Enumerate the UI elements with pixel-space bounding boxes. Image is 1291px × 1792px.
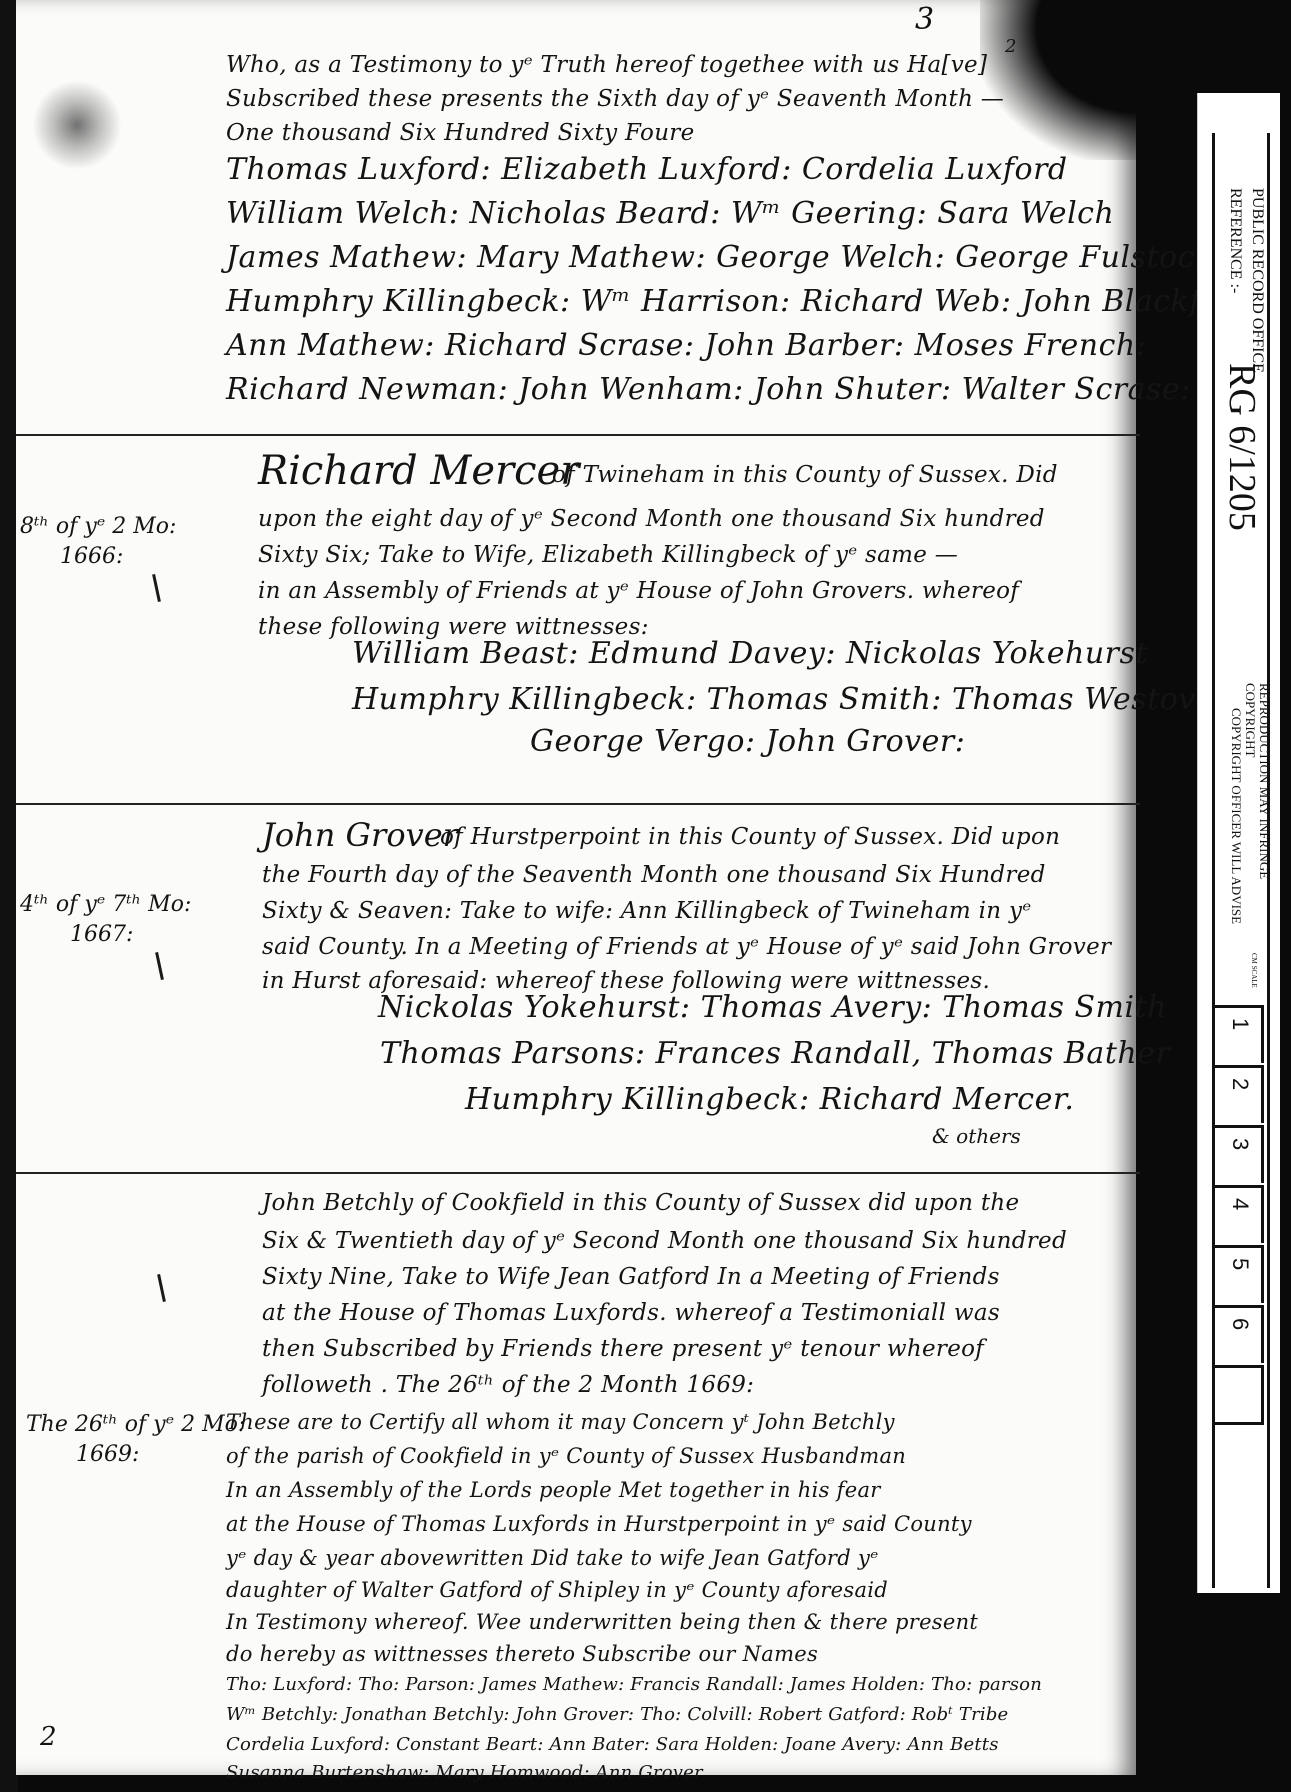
margin-date: 4ᵗʰ of yᵉ 7ᵗʰ Mo: 1667: xyxy=(20,890,191,950)
archive-label: PUBLIC RECORD OFFICE REFERENCE :- RG 6/1… xyxy=(1197,93,1280,1593)
page-number: 3 xyxy=(915,2,934,37)
certificate-line: These are to Certify all whom it may Con… xyxy=(226,1410,895,1434)
scale-number: 2 xyxy=(1227,1078,1253,1090)
witness-line: Nickolas Yokehurst: Thomas Avery: Thomas… xyxy=(378,990,1167,1025)
entry-4-line: Six & Twentieth day of yᵉ Second Month o… xyxy=(262,1228,1067,1254)
entry-3-line: the Fourth day of the Seaventh Month one… xyxy=(262,862,1046,888)
witness-line: Humphry Killingbeck: Richard Mercer. xyxy=(465,1082,1074,1117)
entry-2-line: of Twineham in this County of Sussex. Di… xyxy=(552,462,1058,488)
margin-date-day: The 26ᵗʰ of yᵉ 2 Mo: xyxy=(26,1410,245,1440)
certificate-line: do hereby as wittnesses thereto Subscrib… xyxy=(226,1642,818,1666)
margin-date-year: 1666: xyxy=(20,542,176,572)
scale-number: 5 xyxy=(1227,1258,1253,1270)
and-others-note: & others xyxy=(932,1124,1021,1148)
scale-number: 6 xyxy=(1227,1318,1253,1330)
ink-stain xyxy=(32,80,122,170)
entry-4-line: Sixty Nine, Take to Wife Jean Gatford In… xyxy=(262,1264,1000,1290)
entry-2-line: upon the eight day of yᵉ Second Month on… xyxy=(258,506,1045,532)
witness-line: James Mathew: Mary Mathew: George Welch:… xyxy=(226,240,1214,275)
witness-line: Cordelia Luxford: Constant Beart: Ann Ba… xyxy=(226,1734,999,1755)
witness-line: Wᵐ Betchly: Jonathan Betchly: John Grove… xyxy=(226,1704,1008,1725)
entry-divider xyxy=(16,803,1140,805)
entry-3-line: of Hurstperpoint in this County of Susse… xyxy=(440,824,1060,850)
entry-2-line: in an Assembly of Friends at yᵉ House of… xyxy=(258,578,1019,604)
scale-cell: 6 xyxy=(1212,1305,1264,1363)
witness-line: Thomas Luxford: Elizabeth Luxford: Corde… xyxy=(226,152,1068,187)
scale-cell: 1 xyxy=(1212,1005,1264,1063)
margin-date: The 26ᵗʰ of yᵉ 2 Mo: 1669: xyxy=(26,1410,245,1470)
corner-mark: 2 xyxy=(40,1722,57,1752)
witness-line: Tho: Luxford: Tho: Parson: James Mathew:… xyxy=(226,1674,1042,1695)
entry-1-line: Who, as a Testimony to yᵉ Truth hereof t… xyxy=(226,52,987,78)
witness-line: Susanna Burtenshaw: Mary Homwood: Ann Gr… xyxy=(226,1762,703,1783)
witness-line: Ann Mathew: Richard Scrase: John Barber:… xyxy=(226,328,1146,363)
entry-4-line: followeth . The 26ᵗʰ of the 2 Month 1669… xyxy=(262,1372,754,1398)
witness-line: Thomas Parsons: Frances Randall, Thomas … xyxy=(380,1036,1170,1071)
scale-number: 1 xyxy=(1227,1018,1253,1030)
certificate-line: at the House of Thomas Luxfords in Hurst… xyxy=(226,1512,972,1536)
margin-date: 8ᵗʰ of yᵉ 2 Mo: 1666: xyxy=(20,512,176,572)
groom-name: John Grover xyxy=(262,816,458,854)
scale-number: 3 xyxy=(1227,1138,1253,1150)
entry-divider xyxy=(16,434,1140,436)
groom-name: Richard Mercer xyxy=(258,448,579,494)
margin-date-year: 1667: xyxy=(20,920,191,950)
certificate-line: yᵉ day & year abovewritten Did take to w… xyxy=(226,1546,879,1570)
entry-4-line: John Betchly of Cookfield in this County… xyxy=(262,1190,1019,1216)
certificate-line: In Testimony whereof. Wee underwritten b… xyxy=(226,1610,978,1634)
entry-3-line: Sixty & Seaven: Take to wife: Ann Killin… xyxy=(262,898,1031,924)
witness-line: William Beast: Edmund Davey: Nickolas Yo… xyxy=(352,636,1148,671)
margin-date-day: 4ᵗʰ of yᵉ 7ᵗʰ Mo: xyxy=(20,890,191,920)
witness-line: Humphry Killingbeck: Thomas Smith: Thoma… xyxy=(352,682,1239,717)
witness-line: George Vergo: John Grover: xyxy=(530,724,965,759)
margin-date-year: 1669: xyxy=(26,1440,245,1470)
margin-date-day: 8ᵗʰ of yᵉ 2 Mo: xyxy=(20,512,176,542)
entry-1-line: Subscribed these presents the Sixth day … xyxy=(226,86,1004,112)
entry-2-line: Sixty Six; Take to Wife, Elizabeth Killi… xyxy=(258,542,958,568)
entry-1-line: One thousand Six Hundred Sixty Foure xyxy=(226,120,695,146)
entry-4-line: at the House of Thomas Luxfords. whereof… xyxy=(262,1300,1000,1326)
scale-cell: 2 xyxy=(1212,1065,1264,1123)
witness-line: Richard Newman: John Wenham: John Shuter… xyxy=(226,372,1191,407)
scale-cell: 4 xyxy=(1212,1185,1264,1243)
certificate-line: In an Assembly of the Lords people Met t… xyxy=(226,1478,881,1502)
entry-divider xyxy=(16,1172,1140,1174)
witness-line: Humphry Killingbeck: Wᵐ Harrison: Richar… xyxy=(226,284,1239,319)
scale-cell: 5 xyxy=(1212,1245,1264,1303)
scale-number: 4 xyxy=(1227,1198,1253,1210)
certificate-line: of the parish of Cookfield in yᵉ County … xyxy=(226,1444,906,1468)
entry-3-line: said County. In a Meeting of Friends at … xyxy=(262,934,1111,960)
scale-cell: 3 xyxy=(1212,1125,1264,1183)
entry-4-line: then Subscribed by Friends there present… xyxy=(262,1336,984,1362)
certificate-line: daughter of Walter Gatford of Shipley in… xyxy=(226,1578,888,1602)
scale-cell xyxy=(1212,1365,1264,1425)
superscript-mark: 2 xyxy=(1005,36,1016,57)
witness-line: William Welch: Nicholas Beard: Wᵐ Geerin… xyxy=(226,196,1114,231)
